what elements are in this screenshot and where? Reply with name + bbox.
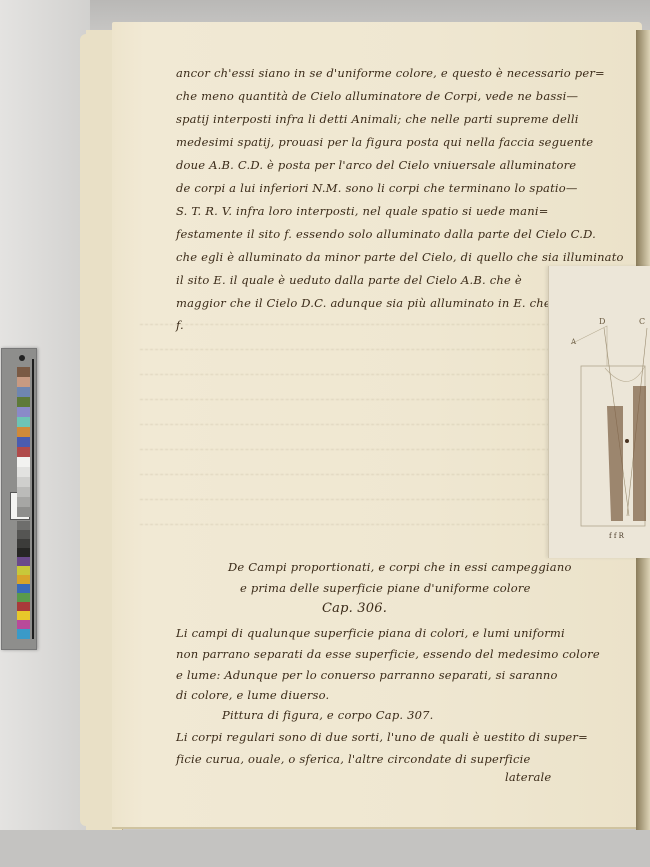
color-swatch <box>17 447 30 457</box>
text-line: doue A.B. C.D. è posta per l'arco del Ci… <box>176 158 576 172</box>
text-line: e lume: Adunque per lo conuerso parranno… <box>176 668 558 682</box>
text-line: che egli è alluminato da minor parte del… <box>176 250 624 264</box>
text-line: maggior che il Cielo D.C. adunque sia pi… <box>176 296 566 310</box>
diagram-label: A <box>570 338 577 346</box>
color-swatch <box>17 457 30 467</box>
catchword: laterale <box>505 770 551 784</box>
chapter-number: Cap. 306. <box>322 601 387 616</box>
text-line: medesimi spatij, prouasi per la figura p… <box>176 135 593 149</box>
color-swatch <box>17 387 30 397</box>
text-line: Li campi di qualunque superficie piana d… <box>176 626 565 640</box>
text-line: non parrano separati da esse superficie,… <box>176 647 600 661</box>
foldout-plate: D C A f f R <box>548 266 650 558</box>
chapter-heading: e prima delle superficie piane d'uniform… <box>240 581 531 595</box>
color-swatch <box>17 477 30 487</box>
color-swatch <box>17 397 30 407</box>
diagram-figure: D C A f f R <box>549 266 650 558</box>
text-line: ficie curua, ouale, o sferica, l'altre c… <box>176 752 531 766</box>
text-line: spatij interposti infra li detti Animali… <box>176 112 579 126</box>
text-line: festamente il sito f. essendo solo allum… <box>176 227 596 241</box>
color-swatch <box>17 467 30 477</box>
text-line: ancor ch'essi siano in se d'uniforme col… <box>176 66 605 80</box>
text-line: f. <box>176 318 184 332</box>
color-swatch <box>17 497 30 507</box>
color-swatch <box>17 437 30 447</box>
chapter-heading: Pittura di figura, e corpo Cap. 307. <box>222 708 434 722</box>
text-line: il sito E. il quale è ueduto dalla parte… <box>176 273 522 287</box>
color-calibration-target <box>1 348 37 650</box>
color-swatch <box>17 407 30 417</box>
color-swatch <box>17 367 30 377</box>
scan-background-bottom <box>0 830 650 867</box>
text-line: S. T. R. V. infra loro interposti, nel q… <box>176 204 549 218</box>
color-swatch <box>17 487 30 497</box>
color-swatch <box>17 417 30 427</box>
text-line: Li corpi regulari sono di due sorti, l'u… <box>176 730 588 744</box>
color-swatch <box>17 427 30 437</box>
diagram-label: C <box>639 317 645 326</box>
text-line: de corpi a lui inferiori N.M. sono li co… <box>176 181 578 195</box>
diagram-label: f f R <box>609 532 625 540</box>
show-through-text <box>140 300 560 530</box>
text-line: che meno quantità de Cielo alluminatore … <box>176 89 578 103</box>
color-swatch <box>17 507 30 517</box>
diagram-label: D <box>599 317 605 326</box>
color-swatch <box>17 629 30 639</box>
color-swatch <box>17 377 30 387</box>
text-line: di colore, e lume diuerso. <box>176 688 329 702</box>
registration-dot <box>19 355 25 361</box>
scale-ruler <box>32 359 34 639</box>
chapter-heading: De Campi proportionati, e corpi che in e… <box>228 560 572 574</box>
